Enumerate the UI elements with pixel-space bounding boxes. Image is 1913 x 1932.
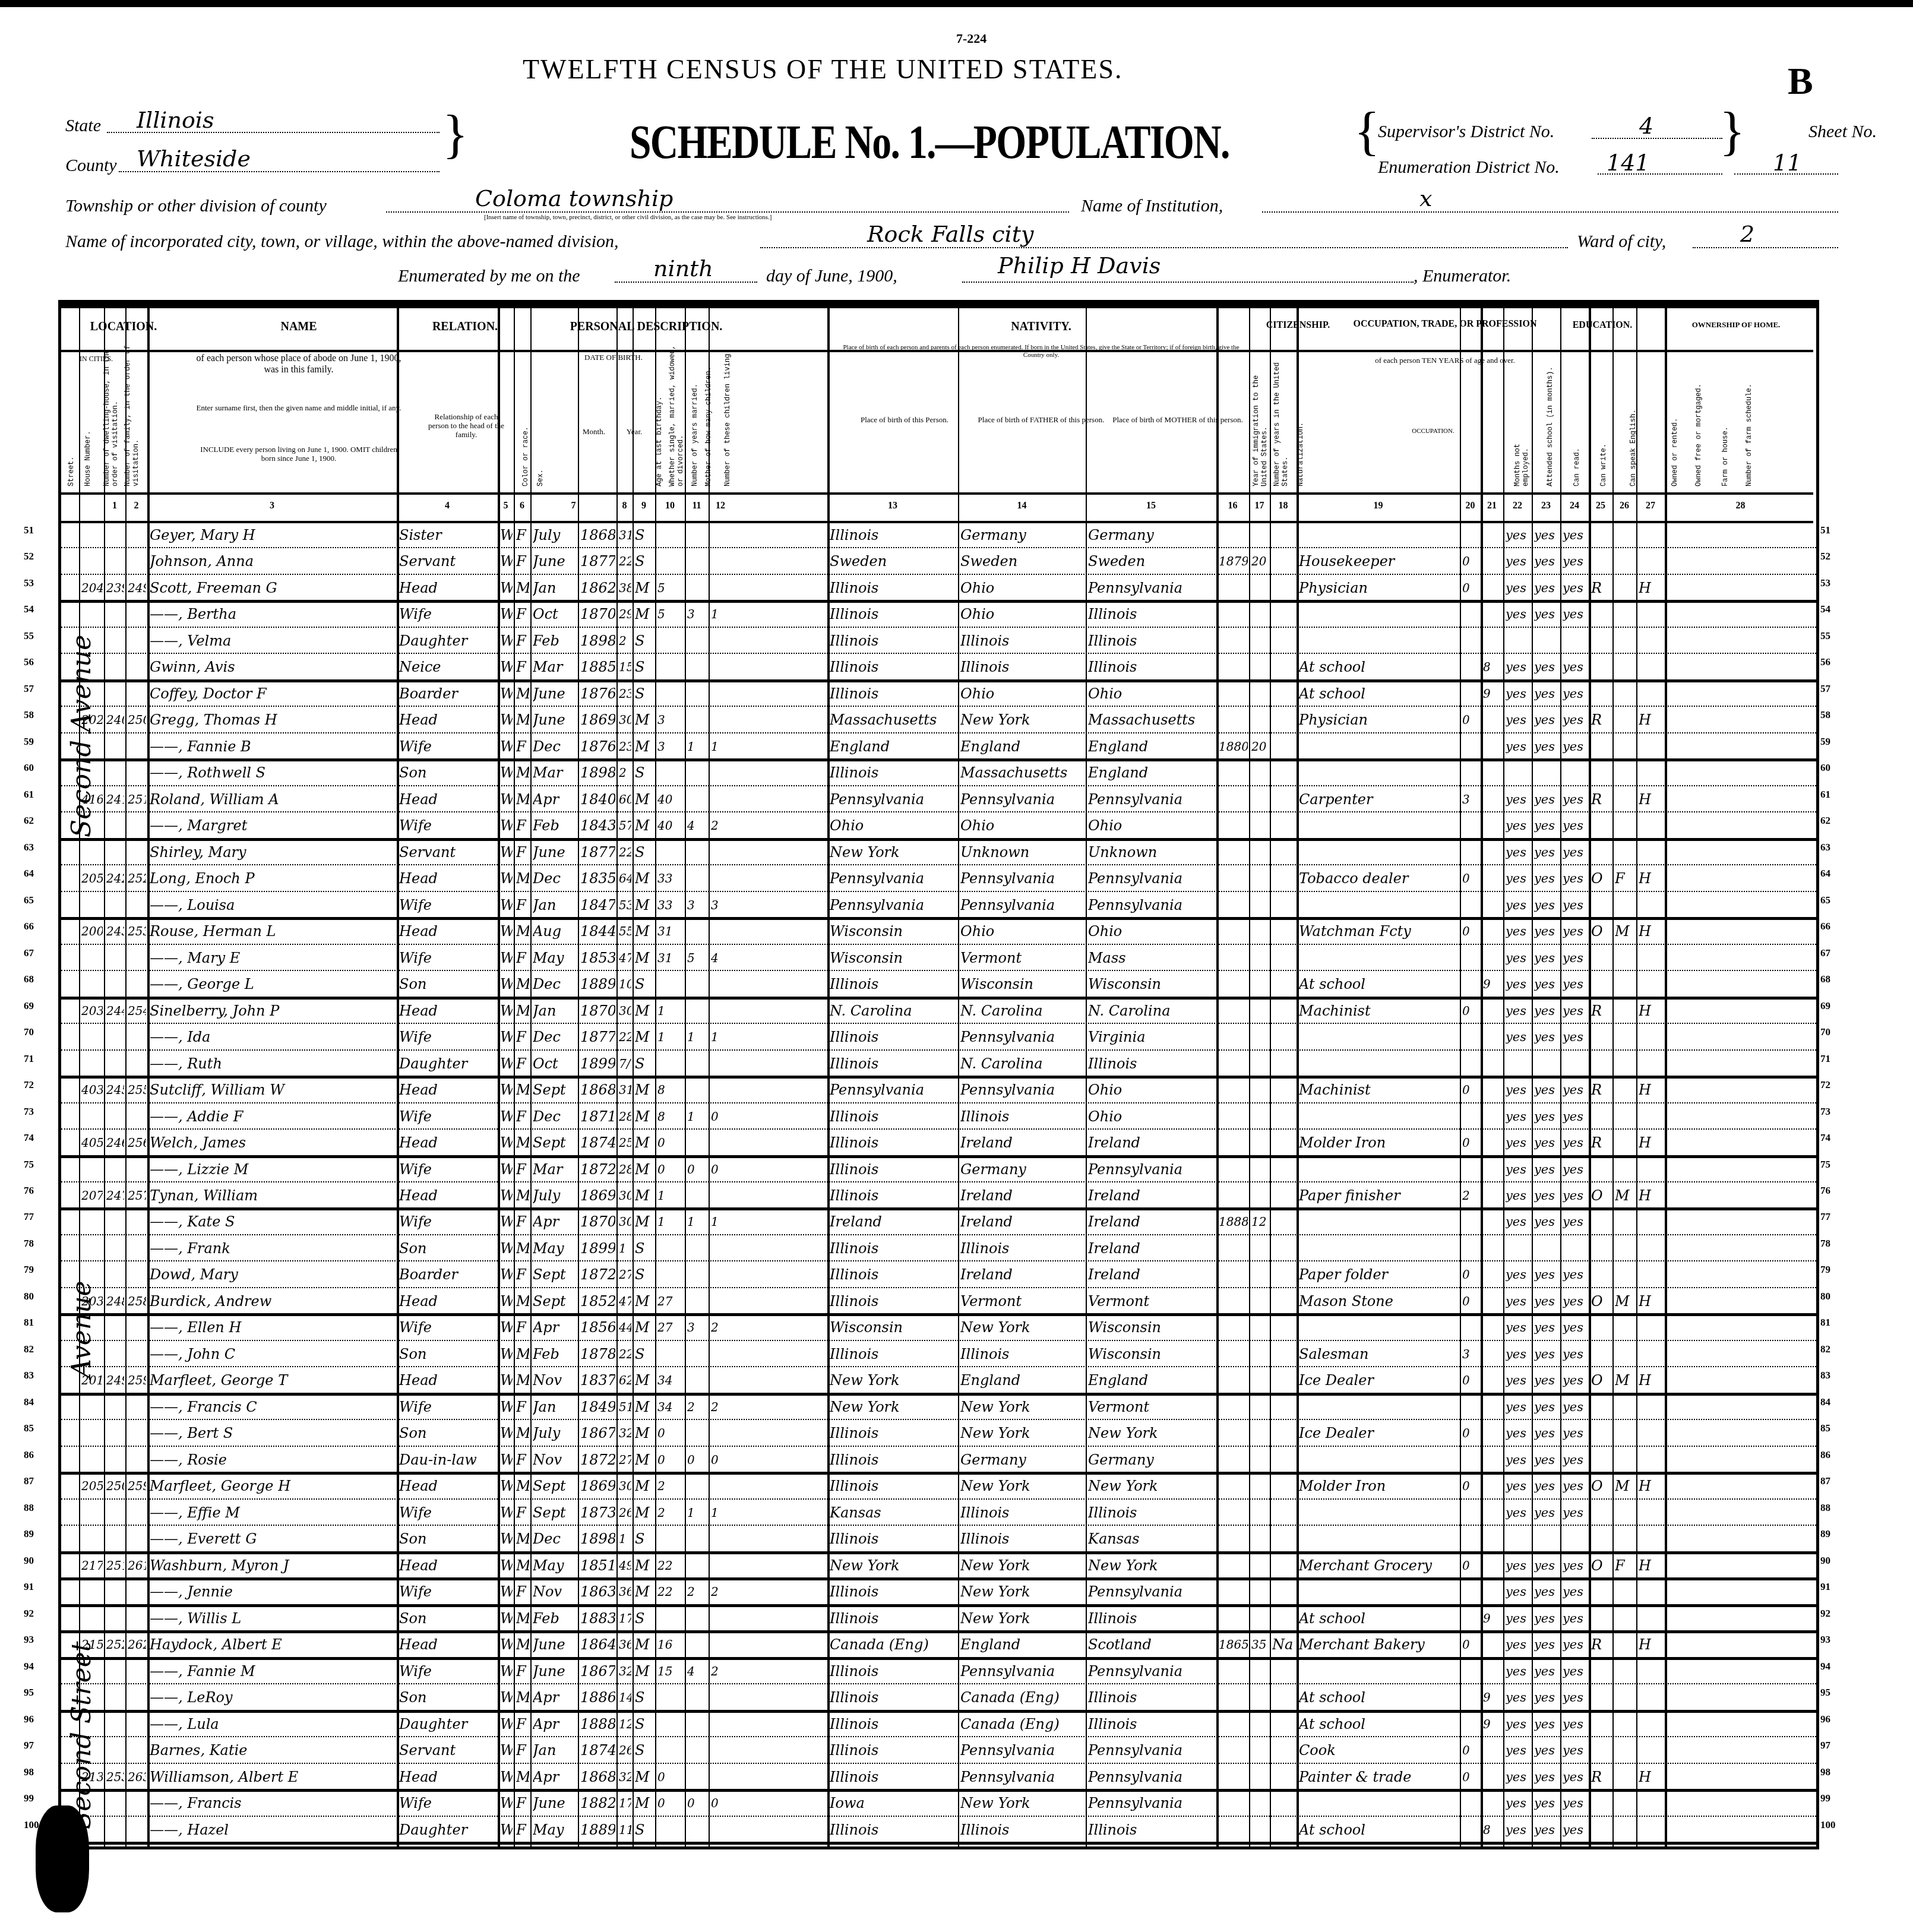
cell-free: M xyxy=(1615,1472,1635,1498)
cell-name: ——, Everett G xyxy=(150,1525,396,1551)
cell-school xyxy=(1483,1498,1502,1525)
cell-family xyxy=(128,1789,146,1815)
cell-marital: M xyxy=(635,1630,654,1656)
cell-yrs-married xyxy=(657,653,684,679)
line-number-right: 58 xyxy=(1820,709,1830,721)
cell-name: ——, Jennie xyxy=(150,1577,396,1604)
cell-pob-father: Pennsylvania xyxy=(960,1076,1084,1102)
cell-age: 64 xyxy=(619,864,631,890)
cell-name: ——, Kate S xyxy=(150,1207,396,1234)
table-row: 403245255Sutcliff, William WHeadWMSept18… xyxy=(61,1076,1816,1103)
cell-farm xyxy=(1639,970,1664,996)
header-divider xyxy=(61,350,1813,352)
cell-pob-mother: Pennsylvania xyxy=(1088,1657,1215,1683)
cell-yrs-us xyxy=(1251,1366,1269,1392)
line-number-left: 83 xyxy=(24,1370,34,1381)
cell-mother-of xyxy=(687,758,707,785)
line-number-right: 76 xyxy=(1820,1185,1830,1197)
line-number-left: 52 xyxy=(24,551,34,562)
cell-immig xyxy=(1219,1683,1248,1709)
cell-pob: Illinois xyxy=(830,600,957,626)
city-line xyxy=(760,247,1568,248)
cell-color: W xyxy=(500,997,513,1023)
cell-read: yes xyxy=(1506,1181,1531,1207)
cell-dwelling: 241 xyxy=(106,785,124,811)
cell-living xyxy=(711,1366,731,1392)
cell-read: yes xyxy=(1506,811,1531,837)
cell-pob: Pennsylvania xyxy=(830,864,957,890)
cell-pob: Illinois xyxy=(830,1023,957,1049)
cell-yrs-married: 31 xyxy=(657,944,684,970)
cell-occupation: Merchant Grocery xyxy=(1299,1551,1459,1577)
cell-living xyxy=(711,1181,731,1207)
cell-year: 1867 xyxy=(580,1657,615,1683)
cell-english: yes xyxy=(1563,1763,1588,1789)
cell-free xyxy=(1615,1577,1635,1604)
cell-write: yes xyxy=(1534,521,1559,547)
cell-name: ——, Ellen H xyxy=(150,1313,396,1339)
cell-relation: Servant xyxy=(399,547,497,573)
cell-read: yes xyxy=(1506,1630,1531,1656)
table-row: ——, HazelDaughterWFMay188911SIllinoisIll… xyxy=(61,1816,1816,1845)
cell-yrs-us xyxy=(1251,1446,1269,1472)
vh-years-us: Number of years in the United States. xyxy=(1273,356,1291,486)
table-row: Gwinn, AvisNeiceWFMar188515SIllinoisIlli… xyxy=(61,653,1816,682)
cell-pob-father: England xyxy=(960,1630,1084,1656)
cell-unemployed: 3 xyxy=(1462,1340,1479,1366)
cell-pob-father: Illinois xyxy=(960,1102,1084,1128)
line-number-right: 54 xyxy=(1820,603,1830,615)
cell-farm: H xyxy=(1639,1472,1664,1498)
table-row: ——, IdaWifeWFDec187722M111IllinoisPennsy… xyxy=(61,1023,1816,1050)
line-number-left: 91 xyxy=(24,1581,34,1593)
cell-write: yes xyxy=(1534,574,1559,600)
cell-farm: H xyxy=(1639,1551,1664,1577)
cell-own: R xyxy=(1591,785,1611,811)
cell-occupation xyxy=(1299,1393,1459,1419)
line-number-left: 66 xyxy=(24,921,34,932)
cell-name: ——, Willis L xyxy=(150,1604,396,1630)
institution-line xyxy=(1262,211,1838,213)
occupation-desc: of each person TEN YEARS of age and over… xyxy=(1356,356,1534,365)
cell-living xyxy=(711,1604,731,1630)
cell-family xyxy=(128,1498,146,1525)
cell-pob: Illinois xyxy=(830,1816,957,1842)
cell-relation: Son xyxy=(399,1234,497,1260)
street-name-3: Second Street xyxy=(67,1544,97,1829)
cell-dwelling xyxy=(106,1260,124,1286)
cell-month: Dec xyxy=(533,732,577,758)
cell-yrs-married: 22 xyxy=(657,1577,684,1604)
cell-color: W xyxy=(500,1446,513,1472)
cell-nat xyxy=(1272,1234,1295,1260)
cell-color: W xyxy=(500,1102,513,1128)
cell-color: W xyxy=(500,1736,513,1762)
cell-name: Dowd, Mary xyxy=(150,1260,396,1286)
cell-nat xyxy=(1272,785,1295,811)
cell-unemployed: 0 xyxy=(1462,1419,1479,1445)
cell-age: 47 xyxy=(619,1287,631,1313)
cell-immig xyxy=(1219,1736,1248,1762)
cell-write: yes xyxy=(1534,1498,1559,1525)
cell-unemployed xyxy=(1462,600,1479,626)
cell-relation: Head xyxy=(399,1551,497,1577)
cell-immig xyxy=(1219,1366,1248,1392)
line-number-left: 76 xyxy=(24,1185,34,1197)
cell-relation: Head xyxy=(399,1181,497,1207)
cell-age: 32 xyxy=(619,1419,631,1445)
cell-write: yes xyxy=(1534,917,1559,943)
cell-english: yes xyxy=(1563,1472,1588,1498)
cell-relation: Head xyxy=(399,574,497,600)
table-row: ——, Bert SSonWMJuly186732M0IllinoisNew Y… xyxy=(61,1419,1816,1446)
cell-yrs-married xyxy=(657,679,684,706)
cell-yrs-married xyxy=(657,627,684,653)
cell-living: 2 xyxy=(711,1657,731,1683)
cell-school xyxy=(1483,547,1502,573)
cell-relation: Head xyxy=(399,1076,497,1102)
cell-english: yes xyxy=(1563,1498,1588,1525)
cell-color: W xyxy=(500,1419,513,1445)
cell-own: R xyxy=(1591,1763,1611,1789)
cell-farm xyxy=(1639,1102,1664,1128)
cell-mother-of xyxy=(687,521,707,547)
cell-farm: H xyxy=(1639,1076,1664,1102)
cell-dwelling: 244 xyxy=(106,997,124,1023)
cell-nat xyxy=(1272,1710,1295,1736)
cell-school xyxy=(1483,1102,1502,1128)
cell-name: Geyer, Mary H xyxy=(150,521,396,547)
line-number-right: 81 xyxy=(1820,1317,1830,1329)
cell-mother-of xyxy=(687,1260,707,1286)
cell-marital: M xyxy=(635,1207,654,1234)
cell-month: Apr xyxy=(533,1763,577,1789)
cell-unemployed: 0 xyxy=(1462,1472,1479,1498)
cell-living xyxy=(711,1763,731,1789)
supervisor-label: Supervisor's District No. xyxy=(1378,122,1554,142)
cell-write: yes xyxy=(1534,944,1559,970)
line-number-right: 100 xyxy=(1820,1819,1836,1831)
cell-house: 203 xyxy=(81,997,103,1023)
cell-yrs-us xyxy=(1251,1763,1269,1789)
cell-marital: M xyxy=(635,1128,654,1155)
cell-family xyxy=(128,1525,146,1551)
cell-year: 1878 xyxy=(580,1340,615,1366)
line-number-right: 91 xyxy=(1820,1581,1830,1593)
cell-living: 1 xyxy=(711,1023,731,1049)
cell-name: Marfleet, George T xyxy=(150,1366,396,1392)
cell-occupation: Ice Dealer xyxy=(1299,1366,1459,1392)
line-number-left: 98 xyxy=(24,1766,34,1778)
cell-name: Williamson, Albert E xyxy=(150,1763,396,1789)
cell-yrs-us xyxy=(1251,1419,1269,1445)
column-number: 7 xyxy=(530,501,616,511)
line-number-left: 75 xyxy=(24,1159,34,1171)
cell-occupation xyxy=(1299,944,1459,970)
cell-nat xyxy=(1272,1604,1295,1630)
cell-school xyxy=(1483,1313,1502,1339)
line-number-right: 98 xyxy=(1820,1766,1830,1778)
cell-name: Long, Enoch P xyxy=(150,864,396,890)
cell-color: W xyxy=(500,970,513,996)
vh-farm-schedule: Number of farm schedule. xyxy=(1745,344,1753,486)
cell-mother-of xyxy=(687,1076,707,1102)
cell-nat xyxy=(1272,653,1295,679)
cell-yrs-us xyxy=(1251,706,1269,732)
cell-english: yes xyxy=(1563,1657,1588,1683)
cell-occupation xyxy=(1299,1577,1459,1604)
cell-occupation: Cook xyxy=(1299,1736,1459,1762)
line-number-right: 75 xyxy=(1820,1159,1830,1171)
cell-read: yes xyxy=(1506,1287,1531,1313)
cell-color: W xyxy=(500,1710,513,1736)
cell-sex: M xyxy=(516,1472,529,1498)
line-number-left: 57 xyxy=(24,683,34,695)
line-number-right: 87 xyxy=(1820,1475,1830,1487)
cell-unemployed xyxy=(1462,627,1479,653)
cell-english: yes xyxy=(1563,1710,1588,1736)
cell-dwelling xyxy=(106,521,124,547)
cell-read: yes xyxy=(1506,1683,1531,1709)
table-row: 205242252Long, Enoch PHeadWMDec183564M33… xyxy=(61,864,1816,891)
column-number: 12 xyxy=(709,501,732,511)
cell-yrs-us xyxy=(1251,1128,1269,1155)
cell-living xyxy=(711,1630,731,1656)
cell-read: yes xyxy=(1506,1393,1531,1419)
column-number: 18 xyxy=(1270,501,1297,511)
line-number-right: 84 xyxy=(1820,1396,1830,1408)
line-number-left: 78 xyxy=(24,1238,34,1250)
cell-nat xyxy=(1272,1366,1295,1392)
cell-pob-mother: Ohio xyxy=(1088,1076,1215,1102)
cell-english: yes xyxy=(1563,1604,1588,1630)
cell-pob-father: Pennsylvania xyxy=(960,864,1084,890)
cell-sex: F xyxy=(516,1446,529,1472)
cell-name: ——, Bert S xyxy=(150,1419,396,1445)
cell-age: 22 xyxy=(619,547,631,573)
cell-write: yes xyxy=(1534,1393,1559,1419)
cell-month: Mar xyxy=(533,653,577,679)
cell-nat xyxy=(1272,1102,1295,1128)
cell-month: Jan xyxy=(533,997,577,1023)
cell-pob: Illinois xyxy=(830,653,957,679)
line-number-right: 53 xyxy=(1820,577,1830,589)
cell-read: yes xyxy=(1506,785,1531,811)
cell-free xyxy=(1615,1260,1635,1286)
cell-dwelling: 240 xyxy=(106,706,124,732)
cell-write: yes xyxy=(1534,1577,1559,1604)
cell-yrs-married xyxy=(657,838,684,864)
line-number-right: 56 xyxy=(1820,656,1830,668)
cell-yrs-married: 40 xyxy=(657,811,684,837)
cell-age: 28 xyxy=(619,1155,631,1181)
cell-month: Feb xyxy=(533,1340,577,1366)
cell-mother-of xyxy=(687,1604,707,1630)
cell-nat xyxy=(1272,1023,1295,1049)
cell-marital: M xyxy=(635,1023,654,1049)
cell-name: Gregg, Thomas H xyxy=(150,706,396,732)
cell-year: 1851 xyxy=(580,1551,615,1577)
cell-free xyxy=(1615,679,1635,706)
cell-dwelling: 253 xyxy=(106,1763,124,1789)
cell-age: 17 xyxy=(619,1789,631,1815)
cell-mother-of xyxy=(687,547,707,573)
group-name: NAME xyxy=(186,320,412,334)
vh-can-read: Can read. xyxy=(1573,397,1581,486)
cell-read: yes xyxy=(1506,1498,1531,1525)
cell-age: 7/12 xyxy=(619,1049,631,1076)
column-number: 16 xyxy=(1216,501,1249,511)
cell-mother-of xyxy=(687,1128,707,1155)
table-row: ——, Mary EWifeWFMay185347M3154WisconsinV… xyxy=(61,944,1816,971)
cell-read: yes xyxy=(1506,970,1531,996)
cell-immig xyxy=(1219,627,1248,653)
cell-color: W xyxy=(500,1816,513,1842)
cell-pob-father: New York xyxy=(960,1472,1084,1498)
cell-pob-father: Sweden xyxy=(960,547,1084,573)
day-line xyxy=(615,282,757,283)
cell-dwelling xyxy=(106,891,124,917)
cell-mother-of xyxy=(687,838,707,864)
cell-yrs-us xyxy=(1251,1393,1269,1419)
cell-school: 9 xyxy=(1483,1683,1502,1709)
cell-pob-mother: Pennsylvania xyxy=(1088,864,1215,890)
pob-mother-label: Place of birth of MOTHER of this person. xyxy=(1112,415,1243,424)
cell-occupation: Mason Stone xyxy=(1299,1287,1459,1313)
cell-own xyxy=(1591,1816,1611,1842)
cell-sex: F xyxy=(516,944,529,970)
cell-age: 30 xyxy=(619,1207,631,1234)
cell-yrs-married: 27 xyxy=(657,1313,684,1339)
cell-marital: M xyxy=(635,864,654,890)
cell-pob-father: New York xyxy=(960,1393,1084,1419)
cell-name: ——, Louisa xyxy=(150,891,396,917)
cell-color: W xyxy=(500,891,513,917)
column-number: 26 xyxy=(1612,501,1636,511)
cell-english: yes xyxy=(1563,1816,1588,1842)
cell-english: yes xyxy=(1563,1287,1588,1313)
cell-yrs-us xyxy=(1251,997,1269,1023)
cell-yrs-us xyxy=(1251,1155,1269,1181)
table-row: ——, FrankSonWMMay18991SIllinoisIllinoisI… xyxy=(61,1234,1816,1261)
line-number-right: 59 xyxy=(1820,736,1830,748)
cell-age: 11 xyxy=(619,1816,631,1842)
cell-read: yes xyxy=(1506,1577,1531,1604)
cell-dwelling: 252 xyxy=(106,1630,124,1656)
cell-year: 1870 xyxy=(580,600,615,626)
cell-unemployed: 0 xyxy=(1462,1630,1479,1656)
cell-english: yes xyxy=(1563,1207,1588,1234)
cell-immig xyxy=(1219,1816,1248,1842)
table-row: 200243253Rouse, Herman LHeadWMAug184455M… xyxy=(61,917,1816,944)
cell-english: yes xyxy=(1563,917,1588,943)
cell-read: yes xyxy=(1506,1736,1531,1762)
cell-mother-of xyxy=(687,1366,707,1392)
cell-dwelling xyxy=(106,1525,124,1551)
cell-unemployed xyxy=(1462,1207,1479,1234)
cell-nat xyxy=(1272,1577,1295,1604)
cell-own: O xyxy=(1591,1181,1611,1207)
cell-year: 1886 xyxy=(580,1683,615,1709)
cell-yrs-us xyxy=(1251,1287,1269,1313)
cell-living: 0 xyxy=(711,1155,731,1181)
line-number-left: 54 xyxy=(24,603,34,615)
cell-unemployed: 2 xyxy=(1462,1181,1479,1207)
cell-family xyxy=(128,1023,146,1049)
table-row: Dowd, MaryBoarderWFSept187227SIllinoisIr… xyxy=(61,1260,1816,1288)
cell-name: Washburn, Myron J xyxy=(150,1551,396,1577)
line-number-left: 96 xyxy=(24,1713,34,1725)
cell-write: yes xyxy=(1534,1604,1559,1630)
cell-pob-father: Pennsylvania xyxy=(960,1657,1084,1683)
cell-color: W xyxy=(500,547,513,573)
cell-age: 15 xyxy=(619,653,631,679)
cell-marital: S xyxy=(635,1260,654,1286)
cell-own: O xyxy=(1591,1366,1611,1392)
cell-relation: Daughter xyxy=(399,627,497,653)
cell-yrs-married: 15 xyxy=(657,1657,684,1683)
cell-mother-of xyxy=(687,1763,707,1789)
cell-yrs-us xyxy=(1251,1472,1269,1498)
cell-english xyxy=(1563,627,1588,653)
cell-unemployed xyxy=(1462,1234,1479,1260)
cell-nat xyxy=(1272,706,1295,732)
cell-mother-of: 0 xyxy=(687,1789,707,1815)
cell-month: Oct xyxy=(533,1049,577,1076)
cell-living: 2 xyxy=(711,811,731,837)
cell-occupation xyxy=(1299,1657,1459,1683)
cell-year: 1867 xyxy=(580,1419,615,1445)
cell-yrs-married: 1 xyxy=(657,1181,684,1207)
column-number: 17 xyxy=(1249,501,1270,511)
cell-english: yes xyxy=(1563,864,1588,890)
cell-dwelling: 247 xyxy=(106,1181,124,1207)
cell-free xyxy=(1615,653,1635,679)
cell-month: Apr xyxy=(533,1710,577,1736)
line-number-right: 96 xyxy=(1820,1713,1830,1725)
cell-family: 259 xyxy=(128,1472,146,1498)
cell-yrs-married xyxy=(657,1049,684,1076)
cell-mother-of xyxy=(687,1816,707,1842)
table-row: ——, RosieDau-in-lawWFNov187227M000Illino… xyxy=(61,1446,1816,1475)
cell-pob-father: Illinois xyxy=(960,1234,1084,1260)
cell-pob-mother: New York xyxy=(1088,1472,1215,1498)
cell-free xyxy=(1615,1763,1635,1789)
cell-color: W xyxy=(500,574,513,600)
cell-unemployed xyxy=(1462,838,1479,864)
cell-pob: Illinois xyxy=(830,1763,957,1789)
enumerator-label: , Enumerator. xyxy=(1414,266,1511,286)
cell-immig xyxy=(1219,1498,1248,1525)
cell-nat xyxy=(1272,1128,1295,1155)
cell-own xyxy=(1591,1023,1611,1049)
cell-yrs-us xyxy=(1251,1102,1269,1128)
cell-name: Sinelberry, John P xyxy=(150,997,396,1023)
enumerated-prefix: Enumerated by me on the xyxy=(398,266,580,286)
vh-sex: Sex. xyxy=(536,427,545,486)
line-number-left: 60 xyxy=(24,762,34,774)
cell-relation: Servant xyxy=(399,838,497,864)
cell-dwelling xyxy=(106,811,124,837)
cell-pob: Pennsylvania xyxy=(830,891,957,917)
cell-month: Feb xyxy=(533,811,577,837)
cell-name: ——, Mary E xyxy=(150,944,396,970)
cell-dwelling xyxy=(106,653,124,679)
cell-english: yes xyxy=(1563,1577,1588,1604)
cell-pob-father: Canada (Eng) xyxy=(960,1683,1084,1709)
cell-family: 251 xyxy=(128,785,146,811)
cell-relation: Head xyxy=(399,917,497,943)
